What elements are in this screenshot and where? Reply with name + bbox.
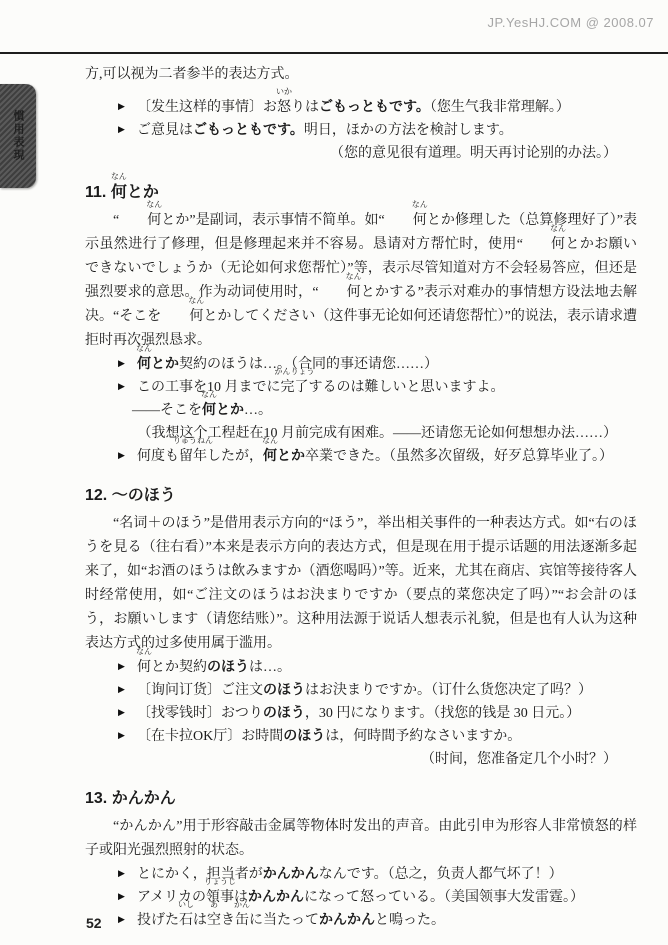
ruby-annotated-text: 何なん: [319, 281, 361, 305]
scanned-book-page: JP.YesHJ.COM @ 2008.07 慣用表現 方,可以视为二者参半的表…: [0, 0, 668, 945]
text-segment: （时间，您准备定几个小时？）: [421, 752, 617, 767]
example-bullet-item: ▶何なんとか契約のほうは…。: [85, 656, 637, 679]
ruby-annotated-text: 何なん: [161, 305, 203, 329]
text-segment: りは: [291, 100, 319, 115]
section-heading: 12. ～のほう: [85, 484, 637, 508]
page-content: 方,可以视为二者参半的表达方式。▶〔发生这样的事情〕お怒いかりはごもっともです。…: [85, 62, 637, 932]
ruby-annotated-text: 完了かんりょう: [281, 376, 309, 399]
text-segment: は…。: [249, 660, 291, 675]
ruby-annotated-text: 何なん: [137, 353, 151, 376]
text-segment: と鳴った。: [375, 913, 445, 928]
bullet-triangle-icon: ▶: [118, 909, 125, 932]
text-segment: になって怒っている。（美国领事大发雷霆。）: [304, 890, 584, 905]
ruby-annotated-text: 何なん: [137, 656, 151, 679]
ruby-annotated-text: 留年りゅうねん: [179, 445, 207, 468]
text-segment: 何度も: [137, 449, 179, 464]
furigana: りょうじ: [204, 878, 236, 886]
text-segment: とにかく，担当者が: [137, 867, 263, 882]
ruby-annotated-text: 何なん: [385, 209, 427, 233]
example-bullet-item: ▶何度も留年りゅうねんしたが，何なんとか卒業できた。（虽然多次留级，好歹总算毕业…: [85, 445, 637, 468]
text-segment: するのは難しいと思いますよ。: [309, 380, 505, 395]
chapter-tab: 慣用表現: [0, 84, 36, 188]
text-segment: かんかん: [319, 913, 375, 928]
example-bullet-item: ▶投げた石いしは空あき缶かんに当たってかんかんと鳴った。: [85, 909, 637, 932]
text-segment: は，何時間予約なさいますか。: [325, 729, 521, 744]
furigana: りゅうねん: [173, 437, 213, 445]
text-segment: かんかん: [263, 867, 319, 882]
text-segment: 卒業できた。（虽然多次留级，好歹总算毕业了。）: [305, 449, 613, 464]
chapter-tab-label: 慣用表現: [10, 110, 26, 162]
section-heading: 11. 何なんとか: [85, 181, 637, 205]
bullet-text: 〔找零钱时〕おつりのほう，30 円になります。（找您的钱是 30 日元。）: [137, 706, 580, 721]
text-segment: 〔询问订货〕ご注文: [137, 683, 263, 698]
text-segment: 〔在卡拉OK厅〕お時間: [137, 729, 283, 744]
text-segment: ——そこを: [132, 403, 202, 418]
text-segment: のほう: [283, 729, 325, 744]
furigana: なん: [111, 173, 127, 181]
translation-line: （我想这个工程赶在10 月前完成有困难。——还请您无论如何想想办法……）: [85, 422, 637, 445]
text-segment: なんです。（总之，负责人都气坏了！）: [319, 867, 563, 882]
text-segment: したが，: [207, 449, 263, 464]
example-bullet-item: ▶〔找零钱时〕おつりのほう，30 円になります。（找您的钱是 30 日元。）: [85, 702, 637, 725]
furigana: なん: [522, 225, 566, 233]
furigana: なん: [384, 201, 428, 209]
text-segment: とか: [277, 449, 305, 464]
ruby-annotated-text: 何なん: [119, 209, 161, 233]
bullet-text: 何なんとか契約のほうは…。: [137, 660, 291, 675]
furigana: なん: [262, 437, 278, 445]
text-segment: ごもっともです。: [193, 123, 304, 138]
furigana: なん: [318, 273, 362, 281]
ruby-annotated-text: 缶かん: [235, 909, 249, 932]
bullet-text: アメリカの領事りょうじはかんかんになって怒っている。（美国领事大发雷霆。）: [137, 890, 584, 905]
example-bullet-item: ▶〔发生这样的事情〕お怒いかりはごもっともです。（您生气我非常理解。）: [85, 96, 637, 119]
text-segment: とか: [216, 403, 244, 418]
text-segment: き: [221, 913, 235, 928]
text-segment: とか契約: [151, 660, 207, 675]
text-segment: 〔发生这样的事情〕お: [137, 100, 277, 115]
ruby-annotated-text: 石いし: [179, 909, 193, 932]
bullet-triangle-icon: ▶: [118, 863, 125, 886]
text-segment: 11.: [85, 184, 111, 201]
ruby-annotated-text: 何なん: [202, 399, 216, 422]
bullet-triangle-icon: ▶: [118, 353, 125, 376]
text-segment: ご意見は: [137, 123, 193, 138]
text-segment: アメリカの: [137, 890, 206, 905]
bullet-text: 〔发生这样的事情〕お怒いかりはごもっともです。（您生气我非常理解。）: [137, 100, 570, 115]
bullet-text: 何度も留年りゅうねんしたが，何なんとか卒業できた。（虽然多次留级，好歹总算毕业了…: [137, 449, 613, 464]
bullet-triangle-icon: ▶: [118, 702, 125, 725]
furigana: かん: [234, 901, 250, 909]
watermark-text: JP.YesHJ.COM @ 2008.07: [487, 15, 654, 30]
example-bullet-item: ▶ご意見はごもっともです。明日，ほかの方法を検討します。: [85, 119, 637, 142]
text-segment: ごもっともです。: [319, 100, 430, 115]
furigana: なん: [160, 297, 204, 305]
text-segment: はお決まりですか。（订什么货您决定了吗？）: [305, 683, 592, 698]
ruby-annotated-text: 空あ: [207, 909, 221, 932]
example-bullet-item: ▶この工事を10 月までに完了かんりょうするのは難しいと思いますよ。: [85, 376, 637, 399]
furigana: いか: [276, 88, 292, 96]
ruby-annotated-text: 何なん: [263, 445, 277, 468]
bullet-triangle-icon: ▶: [118, 376, 125, 399]
text-segment: かんかん: [248, 890, 304, 905]
furigana: なん: [201, 391, 217, 399]
translation-line: （时间，您准备定几个小时？）: [85, 748, 637, 771]
text-segment: とか: [127, 184, 159, 201]
bullet-triangle-icon: ▶: [118, 96, 125, 119]
bullet-text: 〔询问订货〕ご注文のほうはお決まりですか。（订什么货您决定了吗？）: [137, 683, 592, 698]
ruby-annotated-text: 怒いか: [277, 96, 291, 119]
text-segment: のほう: [207, 660, 249, 675]
example-bullet-item: ▶とにかく，担当者がかんかんなんです。（总之，负责人都气坏了！）: [85, 863, 637, 886]
text-segment: （您的意见很有道理。明天再讨论别的办法。）: [330, 146, 617, 161]
bullet-text: とにかく，担当者がかんかんなんです。（总之，负责人都气坏了！）: [137, 867, 563, 882]
bullet-triangle-icon: ▶: [118, 679, 125, 702]
furigana: あ: [210, 901, 218, 909]
text-segment: ，30 円になります。（找您的钱是 30 日元。）: [305, 706, 580, 721]
text-segment: は: [193, 913, 207, 928]
furigana: なん: [136, 345, 152, 353]
paragraph: “名词＋のほう”是借用表示方向的“ほう”，举出相关事件的一种表达方式。如“右のほ…: [85, 512, 637, 656]
bullet-triangle-icon: ▶: [118, 119, 125, 142]
text-segment: のほう: [263, 706, 305, 721]
text-segment: …。: [244, 403, 272, 418]
paragraph: “かんかん”用于形容敲击金属等物体时发出的声音。由此引申为形容人非常愤怒的样子或…: [85, 815, 637, 863]
example-continuation-line: ——そこを何なんとか…。: [85, 399, 637, 422]
text-segment: 〔找零钱时〕おつり: [137, 706, 263, 721]
bullet-text: 〔在卡拉OK厅〕お時間のほうは，何時間予約なさいますか。: [137, 729, 521, 744]
text-segment: “かんかん”用于形容敲击金属等物体时发出的声音。由此引申为形容人非常愤怒的样子或…: [85, 819, 637, 858]
furigana: かんりょう: [275, 368, 315, 376]
translation-line: （您的意见很有道理。明天再讨论别的办法。）: [85, 142, 637, 165]
example-bullet-item: ▶アメリカの領事りょうじはかんかんになって怒っている。（美国领事大发雷霆。）: [85, 886, 637, 909]
furigana: なん: [118, 201, 162, 209]
text-segment: “名词＋のほう”是借用表示方向的“ほう”，举出相关事件的一种表达方式。如“右のほ…: [85, 516, 637, 651]
section-heading: 13. かんかん: [85, 787, 637, 811]
bullet-triangle-icon: ▶: [118, 725, 125, 748]
text-segment: に当たって: [249, 913, 319, 928]
header-divider: [0, 52, 668, 54]
furigana: なん: [136, 648, 152, 656]
bullet-text: ご意見はごもっともです。明日，ほかの方法を検討します。: [137, 123, 513, 138]
furigana: いし: [178, 901, 194, 909]
text-segment: 方,可以视为二者参半的表达方式。: [85, 67, 299, 82]
text-segment: とか: [151, 357, 179, 372]
text-segment: （您生气我非常理解。）: [430, 100, 570, 115]
ruby-annotated-text: 何なん: [523, 233, 565, 257]
text-segment: 12. ～のほう: [85, 487, 176, 504]
text-segment: 明日，ほかの方法を検討します。: [304, 123, 513, 138]
bullet-triangle-icon: ▶: [118, 656, 125, 679]
text-segment: のほう: [263, 683, 305, 698]
text-segment: とか”是副词，表示事情不简单。如“: [161, 213, 385, 228]
example-bullet-item: ▶何なんとか契約のほうは…。（合同的事还请您……）: [85, 353, 637, 376]
bullet-text: この工事を10 月までに完了かんりょうするのは難しいと思いますよ。: [137, 380, 505, 395]
text-segment: 13. かんかん: [85, 790, 176, 807]
bullet-triangle-icon: ▶: [118, 886, 125, 909]
example-bullet-item: ▶〔在卡拉OK厅〕お時間のほうは，何時間予約なさいますか。: [85, 725, 637, 748]
paragraph: “何なんとか”是副词，表示事情不简单。如“何なんとか修理した（总算修理好了）”表…: [85, 209, 637, 353]
example-bullet-item: ▶〔询问订货〕ご注文のほうはお決まりですか。（订什么货您决定了吗？）: [85, 679, 637, 702]
text-segment: 投げた: [137, 913, 179, 928]
paragraph-line: 方,可以视为二者参半的表达方式。: [85, 62, 637, 88]
bullet-text: 投げた石いしは空あき缶かんに当たってかんかんと鳴った。: [137, 913, 445, 928]
page-number: 52: [86, 915, 102, 931]
bullet-triangle-icon: ▶: [118, 445, 125, 468]
